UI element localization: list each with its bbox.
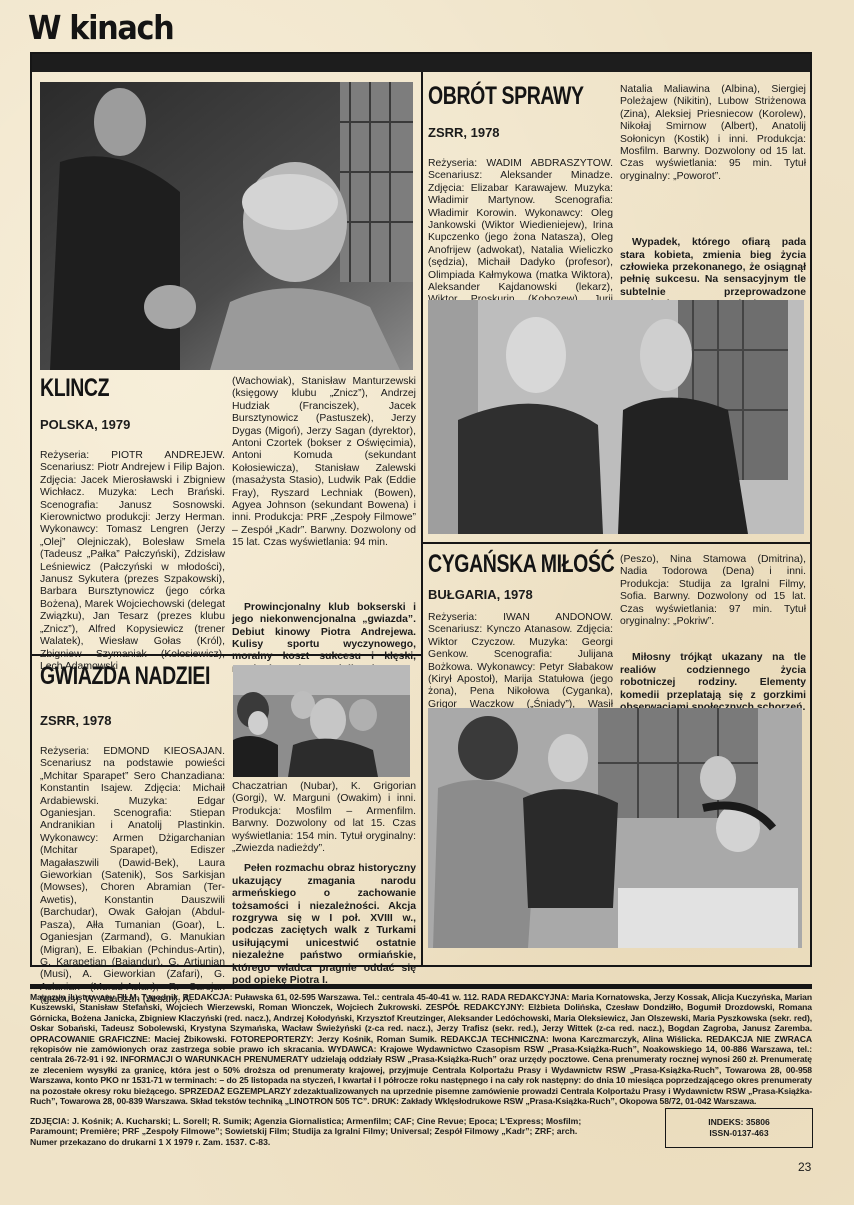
film-still-image: [428, 300, 804, 534]
film-title: KLINCZ: [40, 374, 184, 403]
film-listings-frame: KLINCZ POLSKA, 1979 Reżyseria: PIOTR AND…: [30, 52, 812, 967]
film-entry-obrot-sprawy: OBRÓT SPRAWY ZSRR, 1978 Reżyseria: WADIM…: [428, 82, 613, 319]
film-credits: Reżyseria: PIOTR ANDREJEW. Scenariusz: P…: [40, 450, 225, 673]
film-entry-cyganska-milosc-col2: (Peszo), Nina Stamowa (Dmitrina), Nadia …: [620, 554, 806, 714]
film-country-year: POLSKA, 1979: [40, 417, 225, 432]
film-credits: Reżyseria: WADIM ABDRASZYTOW. Scenariusz…: [428, 158, 613, 319]
klincz-photo: [40, 82, 413, 370]
film-credits-continued: Natalia Maliawina (Albina), Siergiej Pol…: [620, 84, 806, 183]
colophon-rule: [30, 984, 812, 989]
page-number: 23: [798, 1160, 811, 1174]
film-entry-klincz: KLINCZ POLSKA, 1979 Reżyseria: PIOTR AND…: [40, 374, 225, 673]
film-entry-cyganska-milosc: CYGAŃSKA MIŁOŚĆ BUŁGARIA, 1978 Reżyseria…: [428, 550, 613, 724]
divider-obrot-cyganska: [421, 542, 812, 544]
film-country-year: BUŁGARIA, 1978: [428, 587, 613, 602]
film-still-image: [428, 708, 802, 948]
film-credits-continued: (Peszo), Nina Stamowa (Dmitrina), Nadia …: [620, 554, 806, 628]
issn-number: ISSN-0137-463: [666, 1128, 812, 1139]
index-number: INDEKS: 35806: [666, 1117, 812, 1128]
film-credits-continued: (Wachowiak), Stanisław Manturzewski (ksi…: [232, 376, 416, 550]
film-synopsis: Pełen rozmachu obraz historyczny ukazują…: [232, 863, 416, 987]
film-entry-gwiazda-nadziei: GWIAZDA NADZIEI ZSRR, 1978 Reżyseria: ED…: [40, 662, 225, 1007]
film-entry-klincz-col2: (Wachowiak), Stanisław Manturzewski (ksi…: [232, 376, 416, 676]
top-black-bar: [32, 54, 810, 72]
film-still-image: [40, 82, 413, 370]
film-credits-continued: Chaczatrian (Nubar), K. Grigorian (Gorgi…: [232, 781, 416, 855]
film-country-year: ZSRR, 1978: [40, 713, 225, 728]
section-title: W kinach: [28, 8, 173, 47]
gwiazda-nadziei-photo: [233, 665, 410, 777]
film-entry-gwiazda-nadziei-col2: Chaczatrian (Nubar), K. Grigorian (Gorgi…: [232, 781, 416, 988]
film-still-image: [233, 665, 410, 777]
film-credits: Reżyseria: EDMOND KIEOSAJAN. Scenariusz …: [40, 746, 225, 1007]
film-entry-obrot-sprawy-col2: Natalia Maliawina (Albina), Siergiej Pol…: [620, 84, 806, 312]
film-title: OBRÓT SPRAWY: [428, 82, 572, 111]
film-title: GWIAZDA NADZIEI: [40, 662, 184, 691]
photo-credits-text: ZDJĘCIA: J. Kośnik; A. Kucharski; L. Sor…: [30, 1116, 590, 1137]
print-note: Numer przekazano do drukarni 1 X 1979 r.…: [30, 1137, 590, 1147]
index-box: INDEKS: 35806 ISSN-0137-463: [665, 1108, 813, 1148]
film-title: CYGAŃSKA MIŁOŚĆ: [428, 550, 572, 579]
photo-credits: ZDJĘCIA: J. Kośnik; A. Kucharski; L. Sor…: [30, 1116, 590, 1147]
film-country-year: ZSRR, 1978: [428, 125, 613, 140]
obrot-sprawy-photo: [428, 300, 804, 534]
cyganska-milosc-photo: [428, 708, 802, 948]
film-credits: Reżyseria: IWAN ANDONOW. Scenariusz: Kyn…: [428, 612, 613, 724]
magazine-colophon: Magazyn ilustrowany FILM. Tygodnik. REDA…: [30, 992, 812, 1106]
film-synopsis: Miłosny trójkąt ukazany na tle realiów c…: [620, 652, 806, 714]
column-divider: [421, 72, 423, 967]
